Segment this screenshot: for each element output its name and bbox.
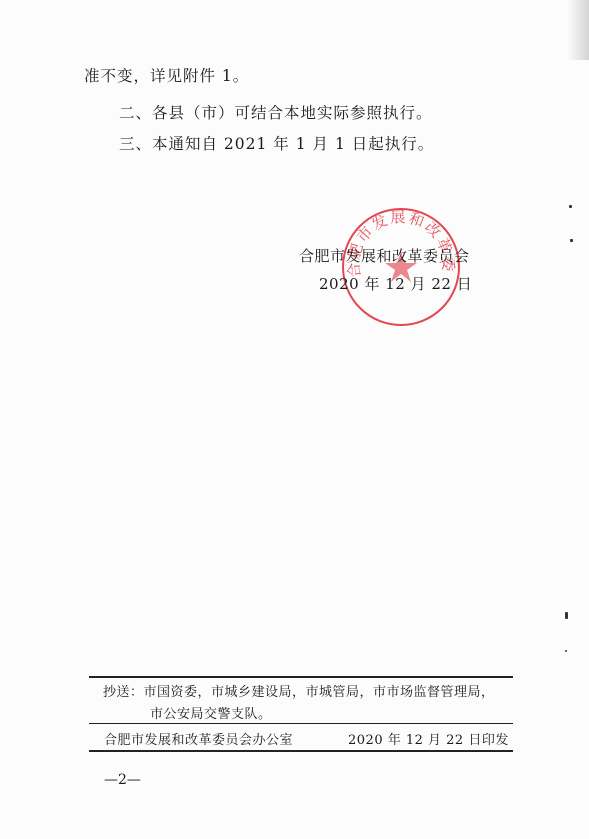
scan-speck [570,239,573,242]
issuing-office: 合肥市发展和改革委员会办公室 [104,729,293,748]
scan-speck [565,612,568,619]
scan-speck [569,205,572,208]
footer-rule-bottom [89,750,513,752]
footer-rule-top [89,676,513,678]
cc-recipients-line-2: 市公安局交警支队。 [150,703,272,722]
signature-date: 2020 年 12 月 22 日 [319,273,472,294]
signature-organization: 合肥市发展和改革委员会 [299,245,470,266]
cc-list: 抄送：市国资委，市城乡建设局，市城管局，市市场监督管理局， [103,681,495,700]
body-line-2: 二、各县（市）可结合本地实际参照执行。 [119,101,433,123]
scan-shadow [567,0,589,60]
seal-star-icon: 合肥市发展和改革委员会 [342,208,460,326]
cc-label: 抄送： [103,685,144,700]
body-line-3: 三、本通知自 2021 年 1 月 1 日起执行。 [119,132,434,154]
page-number: —2— [104,772,141,788]
issue-date: 2020 年 12 月 22 日印发 [348,729,509,748]
body-line-1: 准不变，详见附件 1。 [84,64,249,86]
document-page: 准不变，详见附件 1。 二、各县（市）可结合本地实际参照执行。 三、本通知自 2… [0,0,589,839]
footer-rule-middle [89,723,513,724]
cc-recipients-line-1: 市国资委，市城乡建设局，市城管局，市市场监督管理局， [144,685,495,700]
scan-speck [565,650,567,652]
